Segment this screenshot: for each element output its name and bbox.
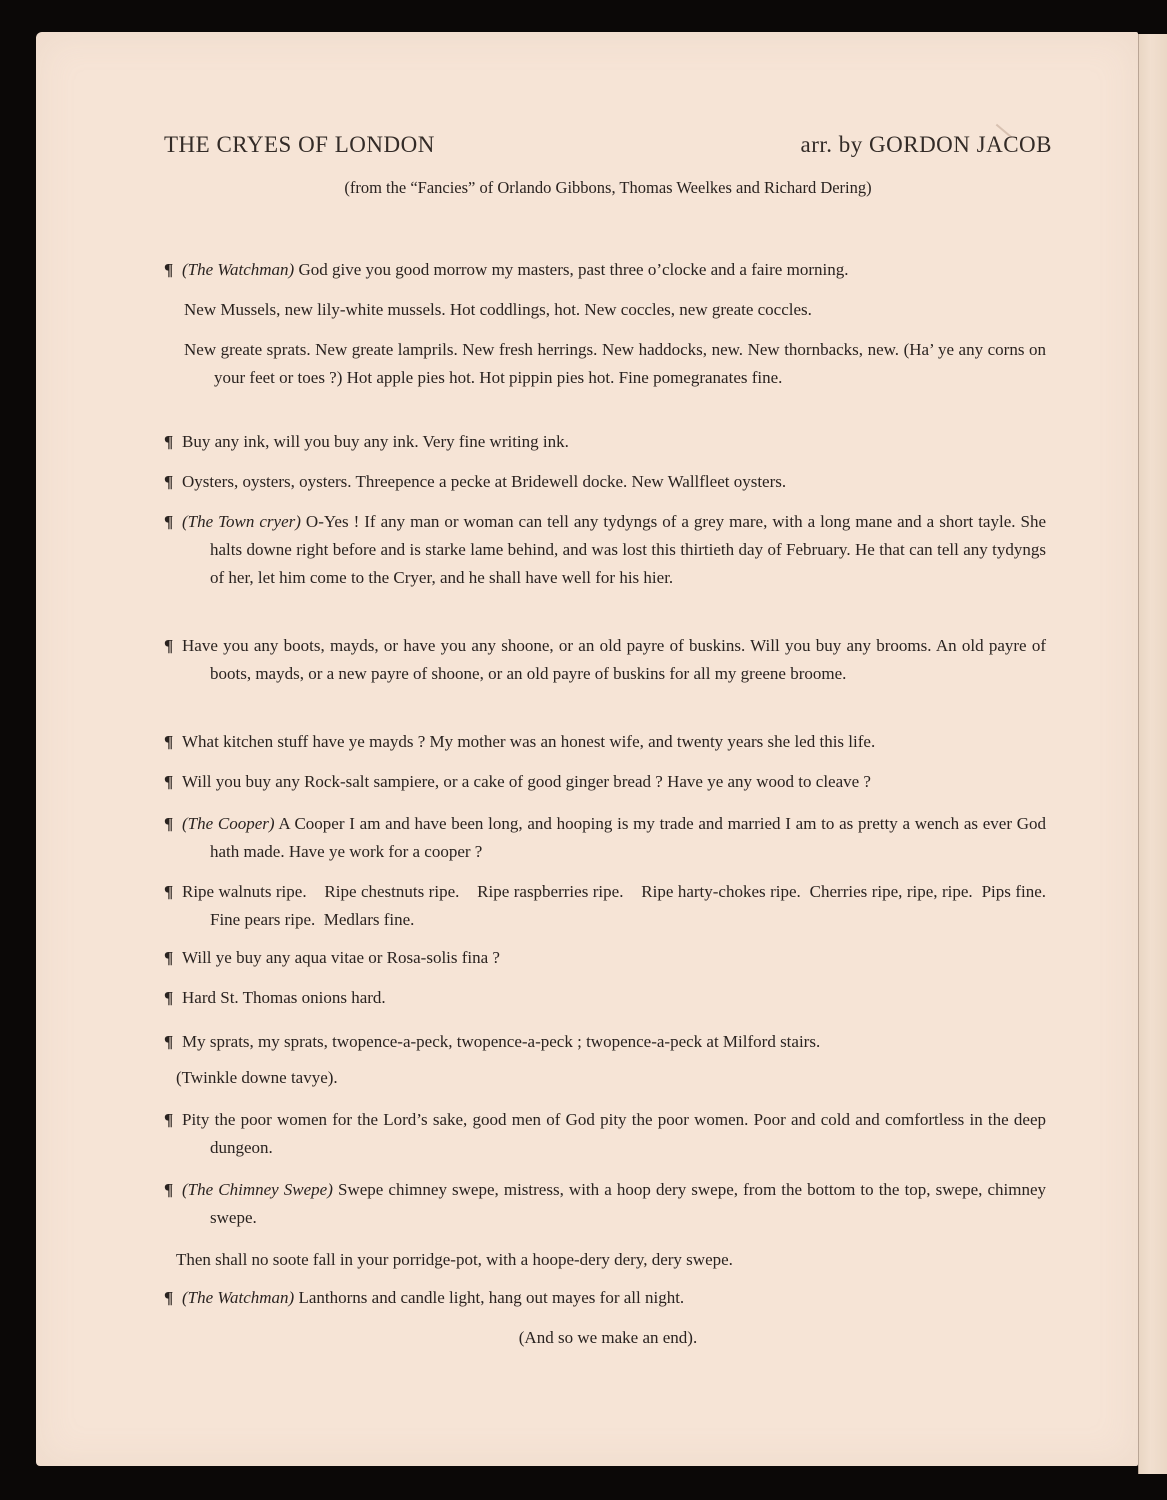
- cry-entry: New greate sprats. New greate lamprils. …: [184, 336, 1046, 392]
- pilcrow-icon: ¶: [164, 256, 180, 284]
- pilcrow-icon: ¶: [164, 768, 180, 796]
- cry-text: A Cooper I am and have been long, and ho…: [210, 814, 1046, 861]
- cry-text: Pity the poor women for the Lord’s sake,…: [182, 1110, 1046, 1157]
- cry-text: My sprats, my sprats, twopence-a-peck, t…: [182, 1032, 820, 1051]
- document-page: THE CRYES OF LONDON arr. by GORDON JACOB…: [36, 32, 1138, 1466]
- cry-text: What kitchen stuff have ye mayds ? My mo…: [182, 732, 875, 751]
- cry-entry: ¶Oysters, oysters, oysters. Threepence a…: [164, 468, 1046, 496]
- cry-text: Lanthorns and candle light, hang out may…: [298, 1288, 684, 1307]
- pilcrow-icon: ¶: [164, 1176, 180, 1204]
- pilcrow-icon: ¶: [164, 944, 180, 972]
- cry-text: (Twinkle downe tavye).: [176, 1068, 338, 1087]
- cry-entry: (Twinkle downe tavye).: [176, 1064, 1038, 1092]
- subtitle: (from the “Fancies” of Orlando Gibbons, …: [164, 178, 1052, 198]
- cry-text: Swepe chimney swepe, mistress, with a ho…: [210, 1180, 1046, 1227]
- cry-entry: Then shall no soote fall in your porridg…: [176, 1246, 1038, 1274]
- role-label: (The Town cryer): [182, 512, 301, 531]
- page-title: THE CRYES OF LONDON: [164, 132, 435, 158]
- cry-entry: ¶Pity the poor women for the Lord’s sake…: [164, 1106, 1046, 1162]
- cry-text: Have you any boots, mayds, or have you a…: [182, 636, 1046, 683]
- cry-text: Buy any ink, will you buy any ink. Very …: [182, 432, 569, 451]
- pilcrow-icon: ¶: [164, 878, 180, 906]
- cry-entry: ¶(The Watchman) God give you good morrow…: [164, 256, 1046, 284]
- pilcrow-icon: ¶: [164, 984, 180, 1012]
- pilcrow-icon: ¶: [164, 728, 180, 756]
- cry-entry: ¶My sprats, my sprats, twopence-a-peck, …: [164, 1028, 1046, 1056]
- cry-entry: ¶Have you any boots, mayds, or have you …: [164, 632, 1046, 688]
- pilcrow-icon: ¶: [164, 468, 180, 496]
- pilcrow-icon: ¶: [164, 632, 180, 660]
- cry-text: God give you good morrow my masters, pas…: [298, 260, 848, 279]
- arranger-credit: arr. by GORDON JACOB: [801, 132, 1053, 158]
- cry-entry: ¶Hard St. Thomas onions hard.: [164, 984, 1046, 1012]
- cry-entry: ¶What kitchen stuff have ye mayds ? My m…: [164, 728, 1046, 756]
- role-label: (The Watchman): [182, 260, 294, 279]
- cry-entry: ¶Will you buy any Rock-salt sampiere, or…: [164, 768, 1046, 796]
- cry-text: Then shall no soote fall in your porridg…: [176, 1250, 733, 1269]
- pilcrow-icon: ¶: [164, 1028, 180, 1056]
- cry-text: Will ye buy any aqua vitae or Rosa-solis…: [182, 948, 500, 967]
- cry-entry: ¶(The Town cryer) O-Yes ! If any man or …: [164, 508, 1046, 592]
- cry-entry: ¶(The Cooper) A Cooper I am and have bee…: [164, 810, 1046, 866]
- pilcrow-icon: ¶: [164, 428, 180, 456]
- cry-text: Will you buy any Rock-salt sampiere, or …: [182, 772, 871, 791]
- cry-text: Ripe walnuts ripe. Ripe chestnuts ripe. …: [182, 882, 1055, 929]
- cry-text: New greate sprats. New greate lamprils. …: [184, 340, 1046, 387]
- cry-entry: ¶(The Chimney Swepe) Swepe chimney swepe…: [164, 1176, 1046, 1232]
- cry-entry: ¶Buy any ink, will you buy any ink. Very…: [164, 428, 1046, 456]
- cry-text: Hard St. Thomas onions hard.: [182, 988, 386, 1007]
- closing-line: (And so we make an end).: [164, 1328, 1052, 1348]
- adjacent-page-edge: [1138, 34, 1167, 1474]
- role-label: (The Chimney Swepe): [182, 1180, 333, 1199]
- cry-entry: New Mussels, new lily-white mussels. Hot…: [184, 296, 1046, 324]
- cry-text: O-Yes ! If any man or woman can tell any…: [210, 512, 1046, 587]
- cry-entry: ¶(The Watchman) Lanthorns and candle lig…: [164, 1284, 1046, 1312]
- cry-text: Oysters, oysters, oysters. Threepence a …: [182, 472, 786, 491]
- role-label: (The Cooper): [182, 814, 275, 833]
- header: THE CRYES OF LONDON arr. by GORDON JACOB: [164, 132, 1052, 164]
- pilcrow-icon: ¶: [164, 1284, 180, 1312]
- cry-entry: ¶Will ye buy any aqua vitae or Rosa-soli…: [164, 944, 1046, 972]
- cry-text: New Mussels, new lily-white mussels. Hot…: [184, 300, 812, 319]
- pilcrow-icon: ¶: [164, 810, 180, 838]
- pilcrow-icon: ¶: [164, 1106, 180, 1134]
- pilcrow-icon: ¶: [164, 508, 180, 536]
- cry-entry: ¶Ripe walnuts ripe. Ripe chestnuts ripe.…: [164, 878, 1046, 934]
- role-label: (The Watchman): [182, 1288, 294, 1307]
